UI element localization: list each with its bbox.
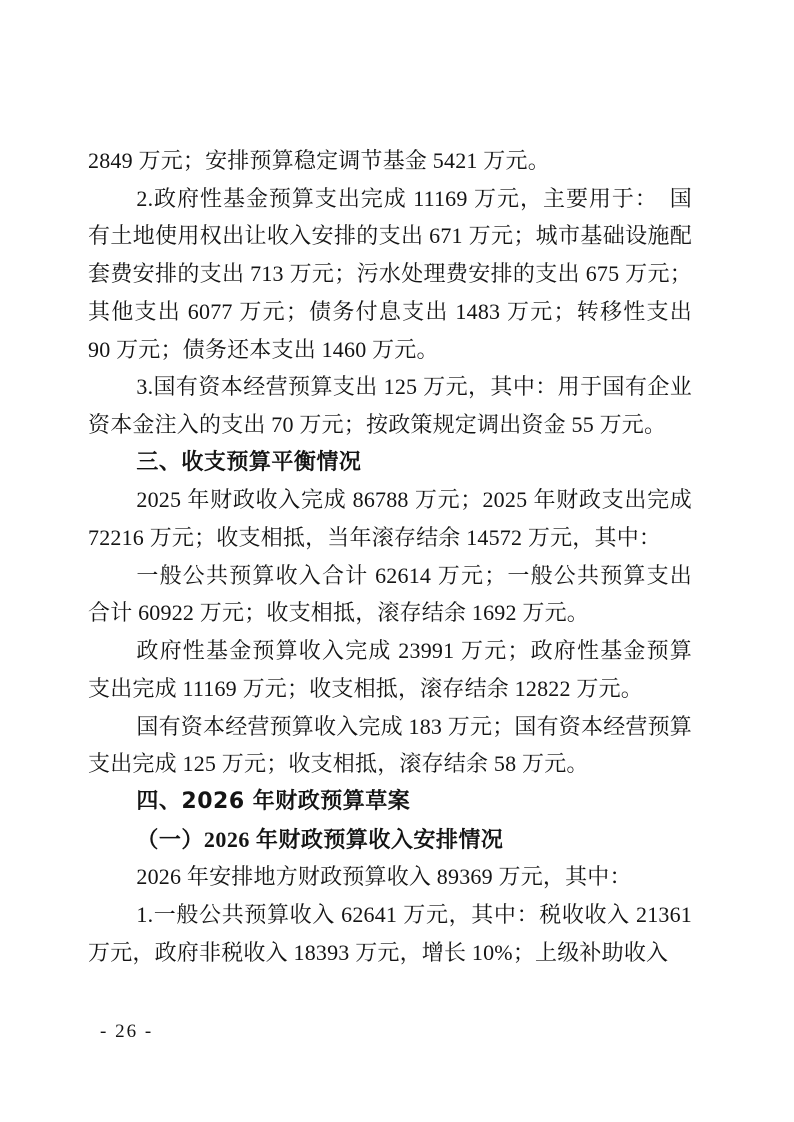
paragraph-2026-total-revenue: 2026 年安排地方财政预算收入 89369 万元，其中： — [88, 858, 692, 896]
paragraph-gov-fund-expenditure: 2.政府性基金预算支出完成 11169 万元，主要用于： 国有土地使用权出让收入… — [88, 180, 692, 369]
paragraph-gov-fund-balance: 政府性基金预算收入完成 23991 万元；政府性基金预算支出完成 11169 万… — [88, 632, 692, 707]
paragraph-general-budget-carryover: 2849 万元；安排预算稳定调节基金 5421 万元。 — [88, 142, 692, 180]
subsection-heading-2026-revenue-plan: （一）2026 年财政预算收入安排情况 — [88, 821, 692, 859]
document-page: 2849 万元；安排预算稳定调节基金 5421 万元。 2.政府性基金预算支出完… — [0, 0, 794, 1122]
paragraph-state-capital-expenditure: 3.国有资本经营预算支出 125 万元，其中：用于国有企业资本金注入的支出 70… — [88, 368, 692, 443]
section-heading-2026-draft-budget: 四、2026 年财政预算草案 — [88, 783, 692, 821]
page-number: - 26 - — [100, 1020, 153, 1044]
paragraph-general-public-balance: 一般公共预算收入合计 62614 万元；一般公共预算支出合计 60922 万元；… — [88, 557, 692, 632]
page-text-block: 2849 万元；安排预算稳定调节基金 5421 万元。 2.政府性基金预算支出完… — [88, 142, 692, 971]
paragraph-2026-general-public-revenue: 1.一般公共预算收入 62641 万元，其中：税收收入 21361 万元，政府非… — [88, 896, 692, 971]
section-heading-budget-balance: 三、收支预算平衡情况 — [88, 444, 692, 482]
paragraph-state-capital-balance: 国有资本经营预算收入完成 183 万元；国有资本经营预算支出完成 125 万元；… — [88, 708, 692, 783]
paragraph-total-balance-2025: 2025 年财政收入完成 86788 万元；2025 年财政支出完成 72216… — [88, 481, 692, 556]
